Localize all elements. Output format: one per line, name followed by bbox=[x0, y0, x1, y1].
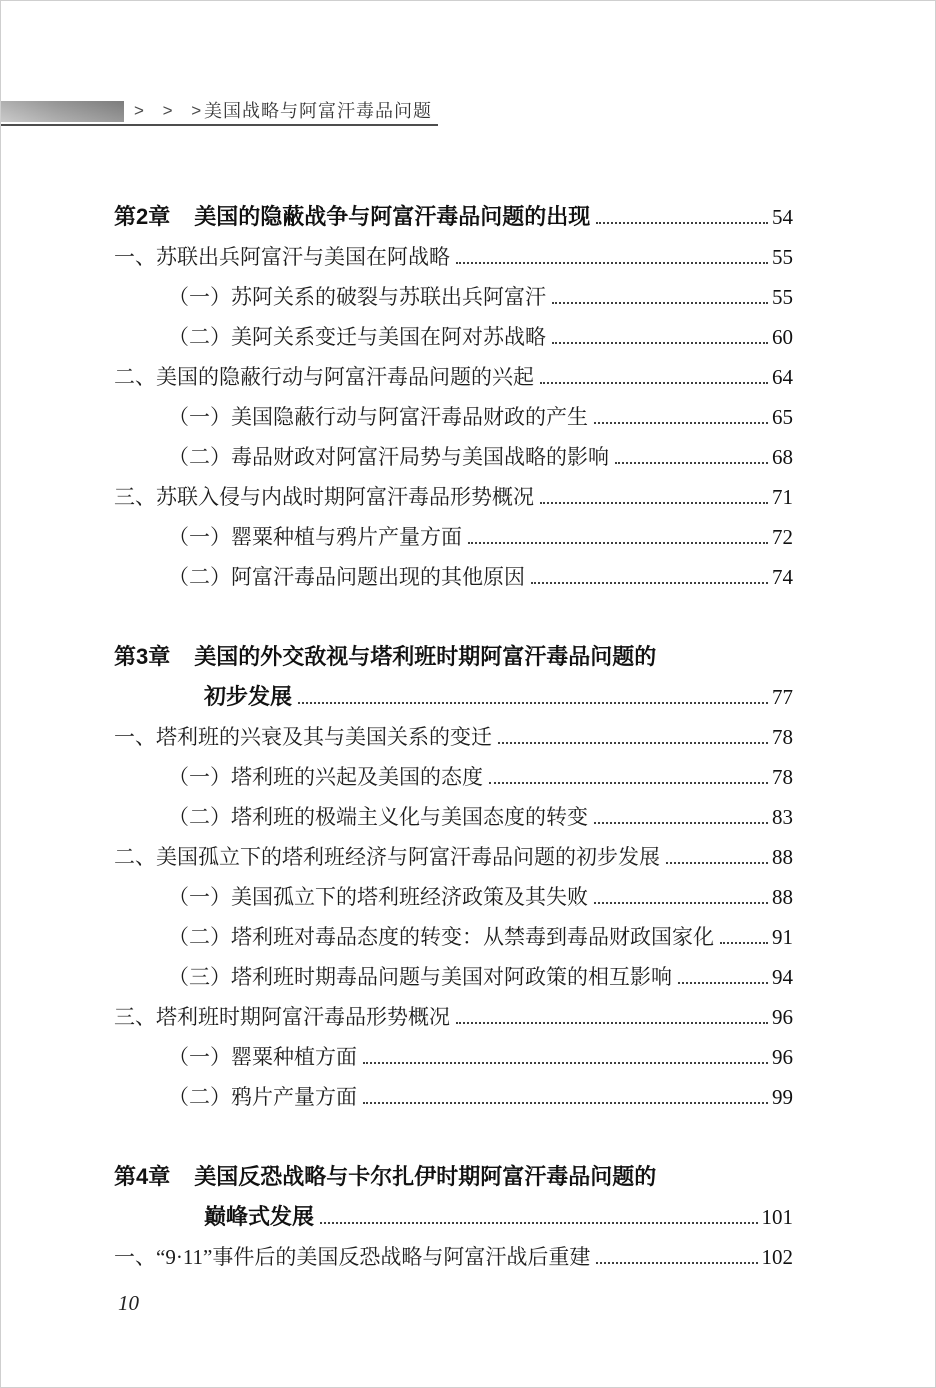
dot-leader bbox=[596, 222, 768, 224]
entry-text: 二、美国孤立下的塔利班经济与阿富汗毒品问题的初步发展 bbox=[114, 837, 660, 877]
toc-entry: （一）美国孤立下的塔利班经济政策及其失败 88 bbox=[114, 877, 793, 917]
toc-entry: 一、苏联出兵阿富汗与美国在阿战略 55 bbox=[114, 237, 793, 277]
toc-section-chapter-4: 第4章 美国反恐战略与卡尔扎伊时期阿富汗毒品问题的 巅峰式发展 101 一、“9… bbox=[114, 1157, 793, 1277]
dot-leader bbox=[363, 1062, 768, 1064]
page-number: 68 bbox=[772, 437, 793, 477]
toc-entry: 二、美国的隐蔽行动与阿富汗毒品问题的兴起 64 bbox=[114, 357, 793, 397]
toc-entry: （一）罂粟种植与鸦片产量方面 72 bbox=[114, 517, 793, 557]
dot-leader bbox=[498, 742, 768, 744]
page-number: 55 bbox=[772, 237, 793, 277]
entry-text: 一、“9·11”事件后的美国反恐战略与阿富汗战后重建 bbox=[114, 1237, 590, 1277]
chapter-label: 第4章 bbox=[114, 1157, 170, 1197]
dot-leader bbox=[320, 1222, 757, 1224]
entry-text: 一、苏联出兵阿富汗与美国在阿战略 bbox=[114, 237, 450, 277]
chapter-heading-row: 第3章 美国的外交敌视与塔利班时期阿富汗毒品问题的 bbox=[114, 637, 793, 677]
chapter-title-line2: 初步发展 bbox=[114, 677, 292, 717]
entry-text: （一）罂粟种植方面 bbox=[114, 1037, 357, 1077]
page-number: 96 bbox=[772, 1037, 793, 1077]
toc-entry: （二）毒品财政对阿富汗局势与美国战略的影响 68 bbox=[114, 437, 793, 477]
dot-leader bbox=[552, 302, 768, 304]
page-number: 60 bbox=[772, 317, 793, 357]
toc-entry: 一、“9·11”事件后的美国反恐战略与阿富汗战后重建 102 bbox=[114, 1237, 793, 1277]
page-number: 77 bbox=[772, 677, 793, 717]
entry-text: 三、苏联入侵与内战时期阿富汗毒品形势概况 bbox=[114, 477, 534, 517]
dot-leader bbox=[456, 1022, 768, 1024]
chapter-heading-row-2: 初步发展 77 bbox=[114, 677, 793, 717]
entry-text: （一）美国孤立下的塔利班经济政策及其失败 bbox=[114, 877, 588, 917]
toc-entry: （一）苏阿关系的破裂与苏联出兵阿富汗 55 bbox=[114, 277, 793, 317]
running-title: 美国战略与阿富汗毒品问题 bbox=[204, 98, 432, 124]
entry-text: （一）塔利班的兴起及美国的态度 bbox=[114, 757, 483, 797]
page-number: 78 bbox=[772, 717, 793, 757]
page-number: 83 bbox=[772, 797, 793, 837]
toc-entry: （二）鸦片产量方面 99 bbox=[114, 1077, 793, 1117]
chapter-label: 第2章 bbox=[114, 197, 170, 237]
toc-section-chapter-2: 第2章 美国的隐蔽战争与阿富汗毒品问题的出现 54 一、苏联出兵阿富汗与美国在阿… bbox=[114, 197, 793, 597]
entry-text: （三）塔利班时期毒品问题与美国对阿政策的相互影响 bbox=[114, 957, 672, 997]
page-number: 96 bbox=[772, 997, 793, 1037]
page-number: 102 bbox=[762, 1237, 794, 1277]
page-number: 101 bbox=[762, 1197, 794, 1237]
chapter-heading-row: 第4章 美国反恐战略与卡尔扎伊时期阿富汗毒品问题的 bbox=[114, 1157, 793, 1197]
dot-leader bbox=[540, 382, 768, 384]
entry-text: （二）鸦片产量方面 bbox=[114, 1077, 357, 1117]
toc-entry: （一）塔利班的兴起及美国的态度 78 bbox=[114, 757, 793, 797]
dot-leader bbox=[531, 582, 768, 584]
page-number: 64 bbox=[772, 357, 793, 397]
dot-leader bbox=[594, 422, 768, 424]
dot-leader bbox=[596, 1262, 757, 1264]
chapter-title-line1: 美国反恐战略与卡尔扎伊时期阿富汗毒品问题的 bbox=[194, 1157, 656, 1197]
entry-text: （一）美国隐蔽行动与阿富汗毒品财政的产生 bbox=[114, 397, 588, 437]
dot-leader bbox=[489, 782, 768, 784]
page-number: 74 bbox=[772, 557, 793, 597]
entry-text: （二）塔利班对毒品态度的转变：从禁毒到毒品财政国家化 bbox=[114, 917, 714, 957]
entry-text: （一）罂粟种植与鸦片产量方面 bbox=[114, 517, 462, 557]
page-number: 88 bbox=[772, 837, 793, 877]
header-rule bbox=[1, 124, 438, 126]
dot-leader bbox=[552, 342, 768, 344]
toc-entry: （二）美阿关系变迁与美国在阿对苏战略 60 bbox=[114, 317, 793, 357]
entry-text: （二）毒品财政对阿富汗局势与美国战略的影响 bbox=[114, 437, 609, 477]
toc-entry: （一）美国隐蔽行动与阿富汗毒品财政的产生 65 bbox=[114, 397, 793, 437]
page-number: 99 bbox=[772, 1077, 793, 1117]
toc-section-chapter-3: 第3章 美国的外交敌视与塔利班时期阿富汗毒品问题的 初步发展 77 一、塔利班的… bbox=[114, 637, 793, 1117]
toc-entry: 三、塔利班时期阿富汗毒品形势概况 96 bbox=[114, 997, 793, 1037]
dot-leader bbox=[678, 982, 768, 984]
page-number: 88 bbox=[772, 877, 793, 917]
book-page: > > > 美国战略与阿富汗毒品问题 第2章 美国的隐蔽战争与阿富汗毒品问题的出… bbox=[0, 0, 936, 1388]
page-number: 94 bbox=[772, 957, 793, 997]
entry-text: 一、塔利班的兴衰及其与美国关系的变迁 bbox=[114, 717, 492, 757]
table-of-contents: 第2章 美国的隐蔽战争与阿富汗毒品问题的出现 54 一、苏联出兵阿富汗与美国在阿… bbox=[114, 197, 793, 1277]
page-number: 71 bbox=[772, 477, 793, 517]
page-number: 72 bbox=[772, 517, 793, 557]
entry-text: （二）阿富汗毒品问题出现的其他原因 bbox=[114, 557, 525, 597]
toc-entry: （二）塔利班的极端主义化与美国态度的转变 83 bbox=[114, 797, 793, 837]
toc-entry: （二）塔利班对毒品态度的转变：从禁毒到毒品财政国家化 91 bbox=[114, 917, 793, 957]
toc-entry: （三）塔利班时期毒品问题与美国对阿政策的相互影响 94 bbox=[114, 957, 793, 997]
entry-text: （一）苏阿关系的破裂与苏联出兵阿富汗 bbox=[114, 277, 546, 317]
page-number: 65 bbox=[772, 397, 793, 437]
toc-entry: （二）阿富汗毒品问题出现的其他原因 74 bbox=[114, 557, 793, 597]
toc-entry: 一、塔利班的兴衰及其与美国关系的变迁 78 bbox=[114, 717, 793, 757]
dot-leader bbox=[615, 462, 768, 464]
page-number: 55 bbox=[772, 277, 793, 317]
dot-leader bbox=[594, 902, 768, 904]
header-chevrons-icon: > > > bbox=[134, 99, 207, 123]
folio-page-number: 10 bbox=[118, 1289, 139, 1317]
toc-entry: 二、美国孤立下的塔利班经济与阿富汗毒品问题的初步发展 88 bbox=[114, 837, 793, 877]
toc-entry: （一）罂粟种植方面 96 bbox=[114, 1037, 793, 1077]
page-number: 91 bbox=[772, 917, 793, 957]
dot-leader bbox=[468, 542, 768, 544]
dot-leader bbox=[363, 1102, 768, 1104]
dot-leader bbox=[456, 262, 768, 264]
entry-text: （二）美阿关系变迁与美国在阿对苏战略 bbox=[114, 317, 546, 357]
chapter-title: 美国的隐蔽战争与阿富汗毒品问题的出现 bbox=[194, 197, 590, 237]
dot-leader bbox=[666, 862, 768, 864]
entry-text: 三、塔利班时期阿富汗毒品形势概况 bbox=[114, 997, 450, 1037]
chapter-heading-row: 第2章 美国的隐蔽战争与阿富汗毒品问题的出现 54 bbox=[114, 197, 793, 237]
page-number: 78 bbox=[772, 757, 793, 797]
dot-leader bbox=[540, 502, 768, 504]
entry-text: 二、美国的隐蔽行动与阿富汗毒品问题的兴起 bbox=[114, 357, 534, 397]
chapter-label: 第3章 bbox=[114, 637, 170, 677]
entry-text: （二）塔利班的极端主义化与美国态度的转变 bbox=[114, 797, 588, 837]
chapter-heading-row-2: 巅峰式发展 101 bbox=[114, 1197, 793, 1237]
toc-entry: 三、苏联入侵与内战时期阿富汗毒品形势概况 71 bbox=[114, 477, 793, 517]
header-gradient-bar bbox=[1, 101, 124, 122]
dot-leader bbox=[298, 702, 768, 704]
chapter-title-line2: 巅峰式发展 bbox=[114, 1197, 314, 1237]
page-number: 54 bbox=[772, 197, 793, 237]
dot-leader bbox=[720, 942, 768, 944]
dot-leader bbox=[594, 822, 768, 824]
chapter-title-line1: 美国的外交敌视与塔利班时期阿富汗毒品问题的 bbox=[194, 637, 656, 677]
